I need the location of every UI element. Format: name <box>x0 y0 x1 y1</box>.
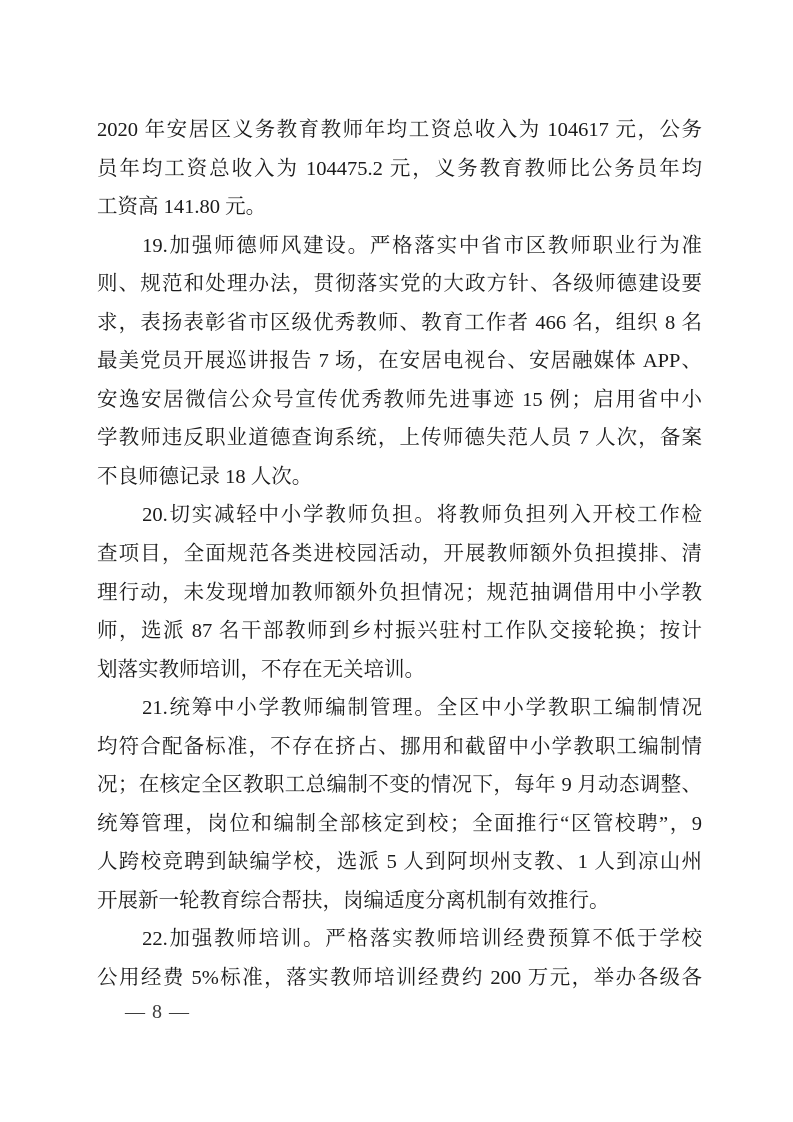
text-line: 人跨校竞聘到缺编学校，选派 5 人到阿坝州支教、1 人到凉山州 <box>97 843 702 882</box>
text-line: 师，选派 87 名干部教师到乡村振兴驻村工作队交接轮换；按计 <box>97 612 702 651</box>
text-line: 不良师德记录 18 人次。 <box>97 458 702 497</box>
text-line: 20.切实减轻中小学教师负担。将教师负担列入开校工作检 <box>97 496 702 535</box>
paragraph-item-20: 20.切实减轻中小学教师负担。将教师负担列入开校工作检 查项目，全面规范各类进校… <box>97 496 702 689</box>
text-line: 均符合配备标准，不存在挤占、挪用和截留中小学教职工编制情 <box>97 728 702 767</box>
text-line: 公用经费 5%标准，落实教师培训经费约 200 万元，举办各级各 <box>97 959 702 998</box>
text-line: 工资高 141.80 元。 <box>97 188 702 227</box>
text-line: 理行动，未发现增加教师额外负担情况；规范抽调借用中小学教 <box>97 574 702 613</box>
text-line: 则、规范和处理办法，贯彻落实党的大政方针、各级师德建设要 <box>97 265 702 304</box>
page-number: — 8 — <box>125 999 190 1025</box>
text-line: 统筹管理，岗位和编制全部核定到校；全面推行“区管校聘”，9 <box>97 805 702 844</box>
paragraph-item-22: 22.加强教师培训。严格落实教师培训经费预算不低于学校 公用经费 5%标准，落实… <box>97 920 702 997</box>
paragraph-continuation: 2020 年安居区义务教育教师年均工资总收入为 104617 元，公务 员年均工… <box>97 111 702 227</box>
text-line: 查项目，全面规范各类进校园活动，开展教师额外负担摸排、清 <box>97 535 702 574</box>
text-line: 划落实教师培训，不存在无关培训。 <box>97 651 702 690</box>
text-line: 2020 年安居区义务教育教师年均工资总收入为 104617 元，公务 <box>97 111 702 150</box>
text-line: 19.加强师德师风建设。严格落实中省市区教师职业行为准 <box>97 227 702 266</box>
document-page: 2020 年安居区义务教育教师年均工资总收入为 104617 元，公务 员年均工… <box>0 0 793 1122</box>
paragraph-item-19: 19.加强师德师风建设。严格落实中省市区教师职业行为准 则、规范和处理办法，贯彻… <box>97 227 702 497</box>
text-line: 安逸安居微信公众号宣传优秀教师先进事迹 15 例；启用省中小 <box>97 381 702 420</box>
text-line: 开展新一轮教育综合帮扶，岗编适度分离机制有效推行。 <box>97 882 702 921</box>
document-body: 2020 年安居区义务教育教师年均工资总收入为 104617 元，公务 员年均工… <box>97 111 702 998</box>
text-line: 求，表扬表彰省市区级优秀教师、教育工作者 466 名，组织 8 名 <box>97 304 702 343</box>
paragraph-item-21: 21.统筹中小学教师编制管理。全区中小学教职工编制情况 均符合配备标准，不存在挤… <box>97 689 702 920</box>
text-line: 况；在核定全区教职工总编制不变的情况下，每年 9 月动态调整、 <box>97 766 702 805</box>
text-line: 21.统筹中小学教师编制管理。全区中小学教职工编制情况 <box>97 689 702 728</box>
text-line: 最美党员开展巡讲报告 7 场，在安居电视台、安居融媒体 APP、 <box>97 342 702 381</box>
text-line: 学教师违反职业道德查询系统，上传师德失范人员 7 人次，备案 <box>97 419 702 458</box>
text-line: 22.加强教师培训。严格落实教师培训经费预算不低于学校 <box>97 920 702 959</box>
text-line: 员年均工资总收入为 104475.2 元，义务教育教师比公务员年均 <box>97 150 702 189</box>
